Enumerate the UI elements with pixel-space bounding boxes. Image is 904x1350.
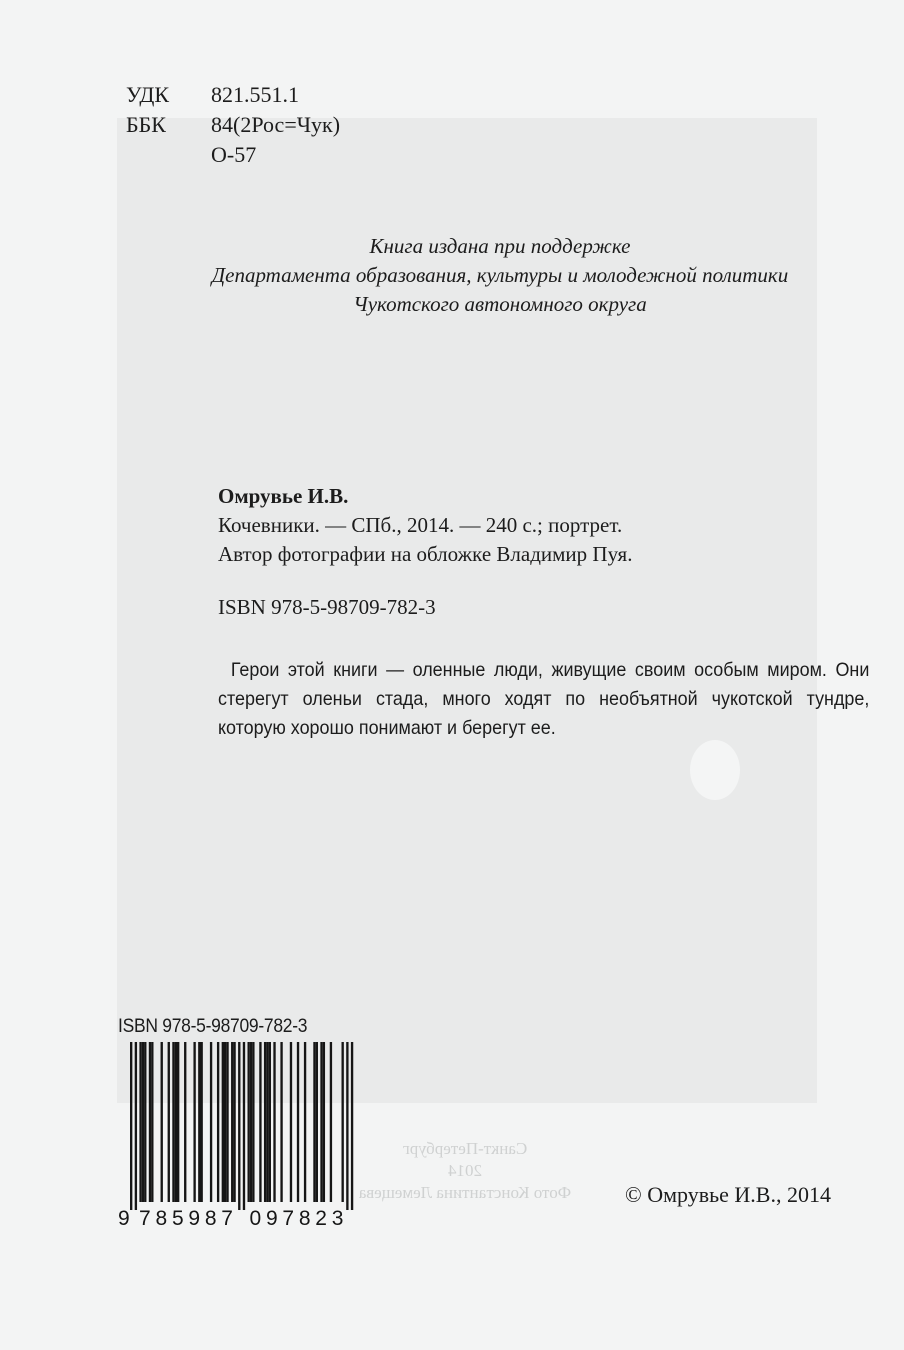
svg-text:7: 7 bbox=[221, 1207, 233, 1230]
svg-text:9: 9 bbox=[188, 1207, 200, 1230]
title-line: Кочевники. — СПб., 2014. — 240 с.; портр… bbox=[218, 511, 632, 540]
svg-text:0: 0 bbox=[250, 1207, 262, 1230]
photo-credit: Автор фотографии на обложке Владимир Пуя… bbox=[218, 540, 632, 569]
svg-text:7: 7 bbox=[282, 1207, 294, 1230]
code-value: О-57 bbox=[211, 140, 256, 170]
bibliographic-record: Омрувье И.В. Кочевники. — СПб., 2014. — … bbox=[218, 482, 632, 622]
code-label: ББК bbox=[126, 110, 211, 140]
support-line: Чукотского автономного округа bbox=[120, 290, 880, 319]
svg-text:2: 2 bbox=[315, 1207, 327, 1230]
barcode: 9785987097823 bbox=[118, 1042, 358, 1232]
support-note: Книга издана при поддержке Департамента … bbox=[120, 232, 880, 319]
author-mark-row: О-57 bbox=[126, 140, 340, 170]
bbk-row: ББК 84(2Рос=Чук) bbox=[126, 110, 340, 140]
annotation-text: Герои этой книги — оленные люди, живущие… bbox=[218, 656, 869, 743]
svg-text:9: 9 bbox=[118, 1207, 130, 1230]
code-value: 84(2Рос=Чук) bbox=[211, 110, 340, 140]
svg-text:3: 3 bbox=[332, 1207, 344, 1230]
code-value: 821.551.1 bbox=[211, 80, 299, 110]
support-line: Книга издана при поддержке bbox=[120, 232, 880, 261]
svg-text:5: 5 bbox=[172, 1207, 184, 1230]
svg-text:9: 9 bbox=[266, 1207, 278, 1230]
svg-text:8: 8 bbox=[299, 1207, 311, 1230]
support-line: Департамента образования, культуры и мол… bbox=[120, 261, 880, 290]
barcode-block: ISBN 978-5-98709-782-3 9785987097823 bbox=[118, 1015, 358, 1232]
code-label: УДК bbox=[126, 80, 211, 110]
svg-text:7: 7 bbox=[139, 1207, 151, 1230]
author-name: Омрувье И.В. bbox=[218, 482, 632, 511]
classification-codes: УДК 821.551.1 ББК 84(2Рос=Чук) О-57 bbox=[126, 80, 340, 170]
copyright: © Омрувье И.В., 2014 bbox=[625, 1180, 831, 1210]
udk-row: УДК 821.551.1 bbox=[126, 80, 340, 110]
svg-text:8: 8 bbox=[156, 1207, 168, 1230]
barcode-isbn-label: ISBN 978-5-98709-782-3 bbox=[118, 1015, 339, 1039]
annotation: Герои этой книги — оленные люди, живущие… bbox=[218, 656, 869, 743]
bleed-through-shape bbox=[690, 740, 740, 800]
isbn: ISBN 978-5-98709-782-3 bbox=[218, 593, 632, 622]
code-label bbox=[126, 140, 211, 170]
svg-text:8: 8 bbox=[205, 1207, 217, 1230]
